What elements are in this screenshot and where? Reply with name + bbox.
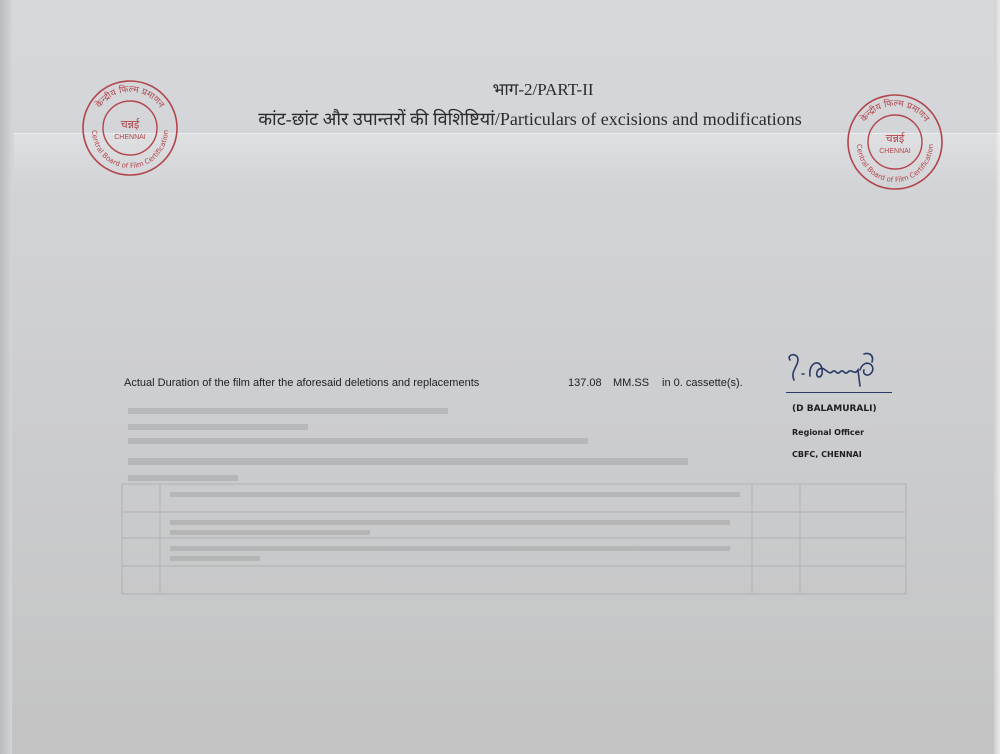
signature-icon — [784, 350, 894, 390]
signatory-designation: Regional Officer — [792, 428, 864, 437]
duration-label: Actual Duration of the film after the af… — [124, 377, 479, 389]
svg-text:केन्द्रीय फिल्म प्रमाणन: केन्द्रीय फिल्म प्रमाणन — [858, 97, 932, 125]
svg-text:CHENNAI: CHENNAI — [879, 148, 911, 155]
cassette-count: in 0. cassette(s). — [662, 377, 743, 389]
signature-line — [786, 392, 892, 393]
stamp-seal-icon: केन्द्रीय फिल्म प्रमाणन Central Board of… — [80, 78, 180, 178]
duration-unit: MM.SS — [613, 377, 649, 389]
signatory-name: (D BALAMURALI) — [792, 404, 877, 414]
stamp-seal-icon: केन्द्रीय फिल्म प्रमाणन Central Board of… — [845, 92, 945, 192]
svg-text:केन्द्रीय फिल्म प्रमाणन: केन्द्रीय फिल्म प्रमाणन — [93, 83, 167, 111]
cbfc-stamp-right: केन्द्रीय फिल्म प्रमाणन Central Board of… — [845, 92, 945, 192]
paper-edge-left — [0, 0, 12, 754]
svg-text:चन्नई: चन्नई — [121, 118, 141, 131]
signatory-office: CBFC, CHENNAI — [792, 450, 862, 459]
svg-text:CHENNAI: CHENNAI — [114, 134, 146, 141]
cbfc-stamp-left: केन्द्रीय फिल्म प्रमाणन Central Board of… — [80, 78, 180, 178]
duration-value: 137.08 — [568, 377, 602, 389]
svg-text:चन्नई: चन्नई — [886, 132, 906, 145]
